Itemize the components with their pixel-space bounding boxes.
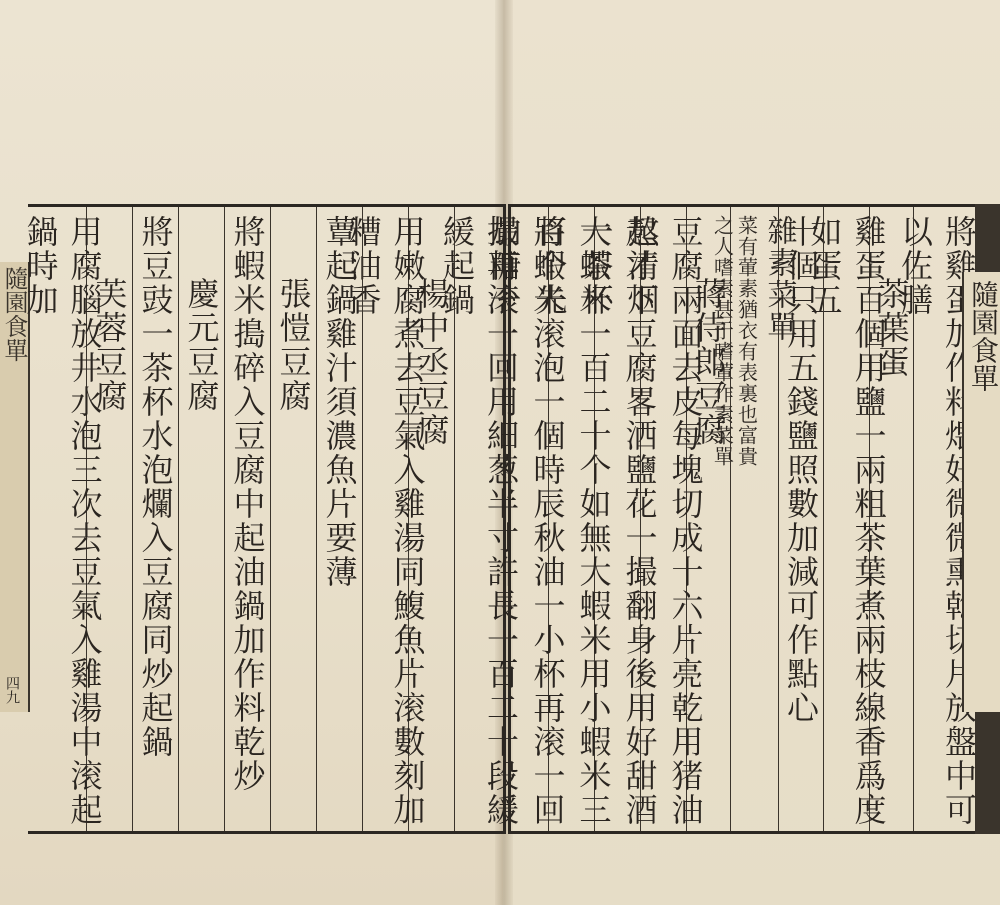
right-text-frame: 將雞蛋加作料煨好微微熏乾切片放盤中可以佐膳 茶葉蛋 雞蛋百個用鹽一兩粗茶葉煮兩枝… [508,204,996,834]
text-column: 將蝦米滚泡一個時辰秋油一小杯再滚一回加糖一 [503,207,549,831]
fish-tail-mark-top [975,204,1000,272]
book-title-right: 隨園食單 [964,272,1000,392]
section-heading: 雜素菜單 [759,215,799,831]
text-column: 將雞蛋加作料煨好微微熏乾切片放盤中可以佐膳 [914,207,960,831]
left-text-frame: 撮再滚一回用細葱半寸許長一百二十段緩緩起鍋 楊中丞豆腐 用嫩腐煮去豆氣入雞湯同鰒… [28,204,506,834]
text-column: 用腐腦放井水泡三次去豆氣入雞湯中滚起鍋時加 [39,207,87,831]
text-column: 將豆豉一茶杯水泡爛入豆腐同炒起鍋 [133,207,179,831]
section-heading-column: 雜素菜單 菜有葷素猶衣有表裏也富貴 之人嗜素甚于嗜葷作素菜單 [731,207,779,831]
fish-tail-mark-bottom [975,712,1000,834]
right-columns: 將雞蛋加作料煨好微微熏乾切片放盤中可以佐膳 茶葉蛋 雞蛋百個用鹽一兩粗茶葉煮兩枝… [511,207,960,831]
left-columns: 撮再滚一回用細葱半寸許長一百二十段緩緩起鍋 楊中丞豆腐 用嫩腐煮去豆氣入雞湯同鰒… [28,207,503,831]
right-page-margin-banner: 隨園食單 [962,272,1000,712]
recipe-title-column: 張愷豆腐 [271,207,317,831]
text-column: 雞蛋百個用鹽一兩粗茶葉煮兩枝線香爲度如蛋五 [824,207,870,831]
text-column: 將蝦米搗碎入豆腐中起油鍋加作料乾炒 [225,207,271,831]
text-column: 用嫩腐煮去豆氣入雞湯同鰒魚片滚數刻加糟油香 [363,207,409,831]
book-spread: 隨園食單 四九 撮再滚一回用細葱半寸許長一百二十段緩緩起鍋 楊中丞豆腐 用嫩腐煮… [0,0,1000,905]
recipe-title-column: 慶元豆腐 [179,207,225,831]
text-column: 蕈起鍋雞汁須濃魚片要薄 [317,207,363,831]
